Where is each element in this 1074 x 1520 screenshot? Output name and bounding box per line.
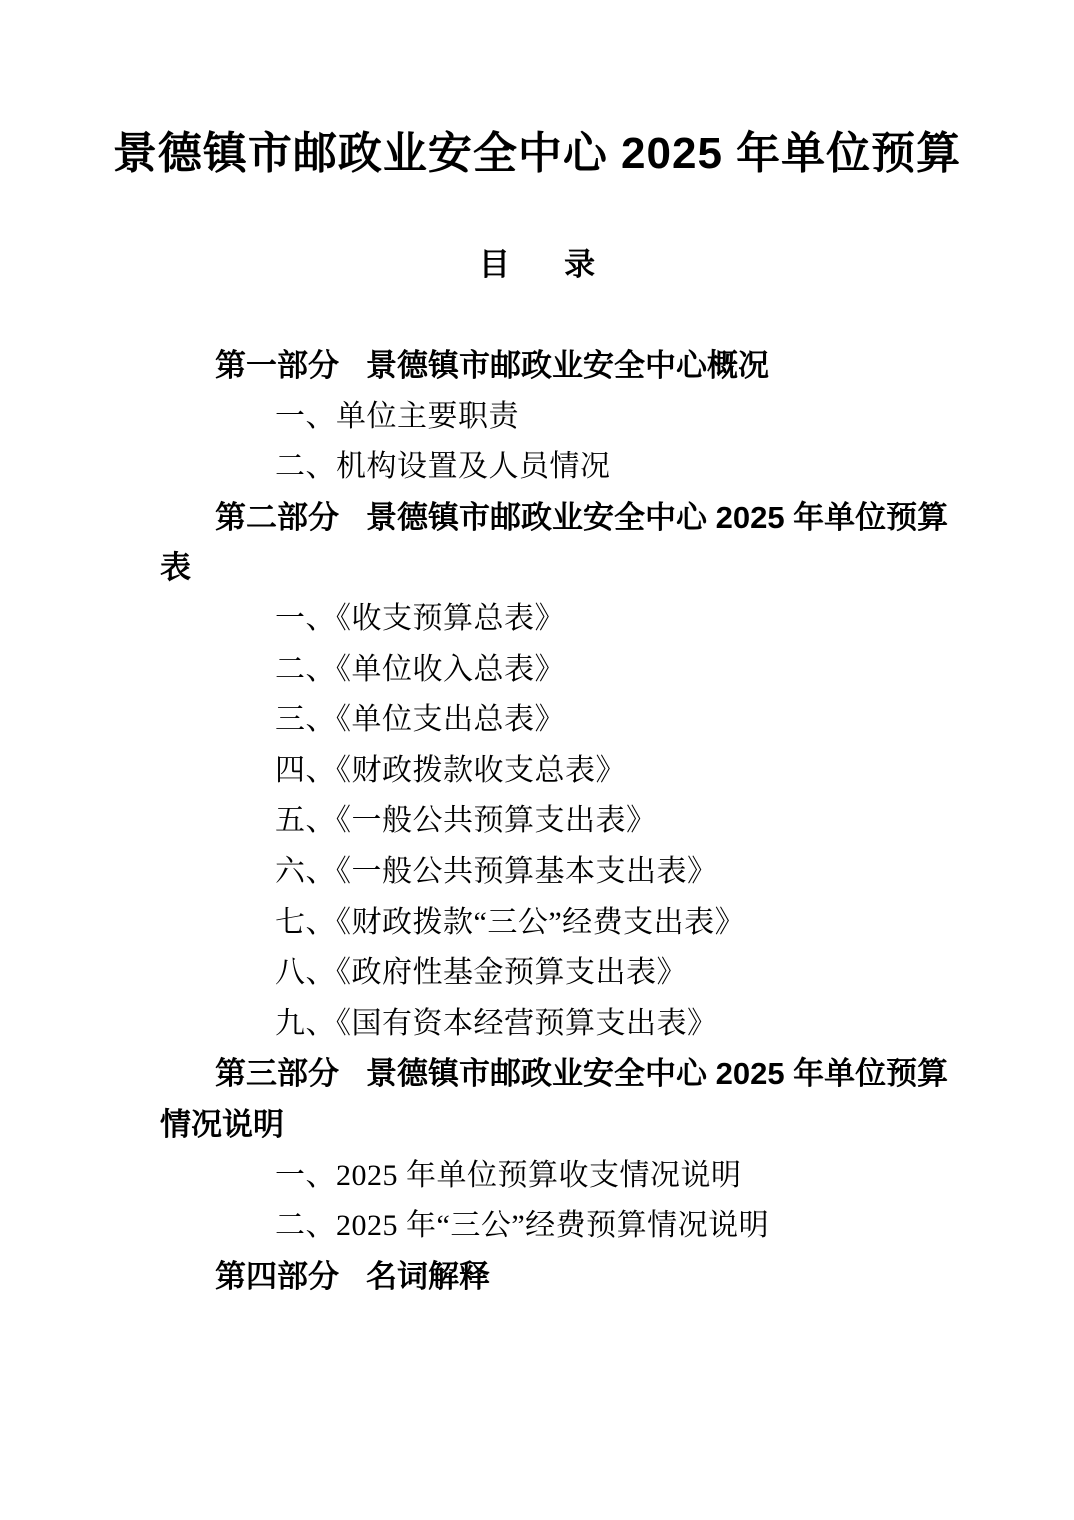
toc-item: 八、《政府性基金预算支出表》 (160, 948, 1000, 999)
toc-part-4-title: 名词解释 (366, 1259, 490, 1294)
toc-item: 一、单位主要职责 (160, 392, 1000, 443)
toc-part-1-number: 第一部分 (215, 348, 339, 383)
toc-item-label: 二、机构设置及人员情况 (275, 450, 611, 483)
toc-item: 一、《收支预算总表》 (160, 594, 1000, 645)
table-of-contents: 第一部分景德镇市邮政业安全中心概况 一、单位主要职责 二、机构设置及人员情况 第… (160, 341, 1000, 1302)
toc-item-label: 七、《财政拨款“三公”经费支出表》 (275, 906, 745, 939)
toc-item: 四、《财政拨款收支总表》 (160, 746, 1000, 797)
toc-item-label: 六、《一般公共预算基本支出表》 (275, 855, 718, 888)
toc-part-2-title: 景德镇市邮政业安全中心 2025 年单位预算 (366, 500, 948, 535)
toc-item: 二、《单位收入总表》 (160, 645, 1000, 696)
toc-heading: 目 录 (0, 245, 1074, 285)
toc-part-1: 第一部分景德镇市邮政业安全中心概况 (160, 341, 1000, 392)
toc-part-4: 第四部分名词解释 (160, 1252, 1000, 1303)
toc-item: 六、《一般公共预算基本支出表》 (160, 847, 1000, 898)
toc-item-label: 三、《单位支出总表》 (275, 703, 565, 736)
toc-part-3-title: 景德镇市邮政业安全中心 2025 年单位预算 (366, 1056, 948, 1091)
toc-item: 二、机构设置及人员情况 (160, 442, 1000, 493)
toc-part-4-number: 第四部分 (215, 1259, 339, 1294)
toc-part-3-number: 第三部分 (215, 1056, 339, 1091)
toc-part-3: 第三部分景德镇市邮政业安全中心 2025 年单位预算 (160, 1049, 1000, 1100)
document-page: 景德镇市邮政业安全中心 2025 年单位预算 目 录 第一部分景德镇市邮政业安全… (0, 0, 1074, 1520)
toc-item-label: 九、《国有资本经营预算支出表》 (275, 1007, 718, 1040)
toc-part-2-continuation-label: 表 (160, 550, 191, 585)
toc-item-label: 一、2025 年单位预算收支情况说明 (275, 1159, 742, 1192)
toc-item: 三、《单位支出总表》 (160, 695, 1000, 746)
toc-item-label: 八、《政府性基金预算支出表》 (275, 956, 687, 989)
toc-part-3-continuation-label: 情况说明 (160, 1107, 284, 1142)
toc-item-label: 二、2025 年“三公”经费预算情况说明 (275, 1209, 769, 1242)
toc-item: 五、《一般公共预算支出表》 (160, 796, 1000, 847)
toc-part-2-continuation: 表 (160, 543, 1000, 594)
toc-item: 一、2025 年单位预算收支情况说明 (160, 1151, 1000, 1202)
toc-item-label: 四、《财政拨款收支总表》 (275, 754, 626, 787)
toc-item: 九、《国有资本经营预算支出表》 (160, 999, 1000, 1050)
toc-item-label: 二、《单位收入总表》 (275, 653, 565, 686)
toc-part-1-title: 景德镇市邮政业安全中心概况 (366, 348, 769, 383)
toc-part-3-continuation: 情况说明 (160, 1100, 1000, 1151)
toc-item-label: 一、单位主要职责 (275, 400, 519, 433)
toc-part-2: 第二部分景德镇市邮政业安全中心 2025 年单位预算 (160, 493, 1000, 544)
toc-part-2-number: 第二部分 (215, 500, 339, 535)
toc-item-label: 一、《收支预算总表》 (275, 602, 565, 635)
toc-item: 七、《财政拨款“三公”经费支出表》 (160, 898, 1000, 949)
document-title: 景德镇市邮政业安全中心 2025 年单位预算 (0, 126, 1074, 182)
toc-item-label: 五、《一般公共预算支出表》 (275, 804, 657, 837)
toc-item: 二、2025 年“三公”经费预算情况说明 (160, 1201, 1000, 1252)
